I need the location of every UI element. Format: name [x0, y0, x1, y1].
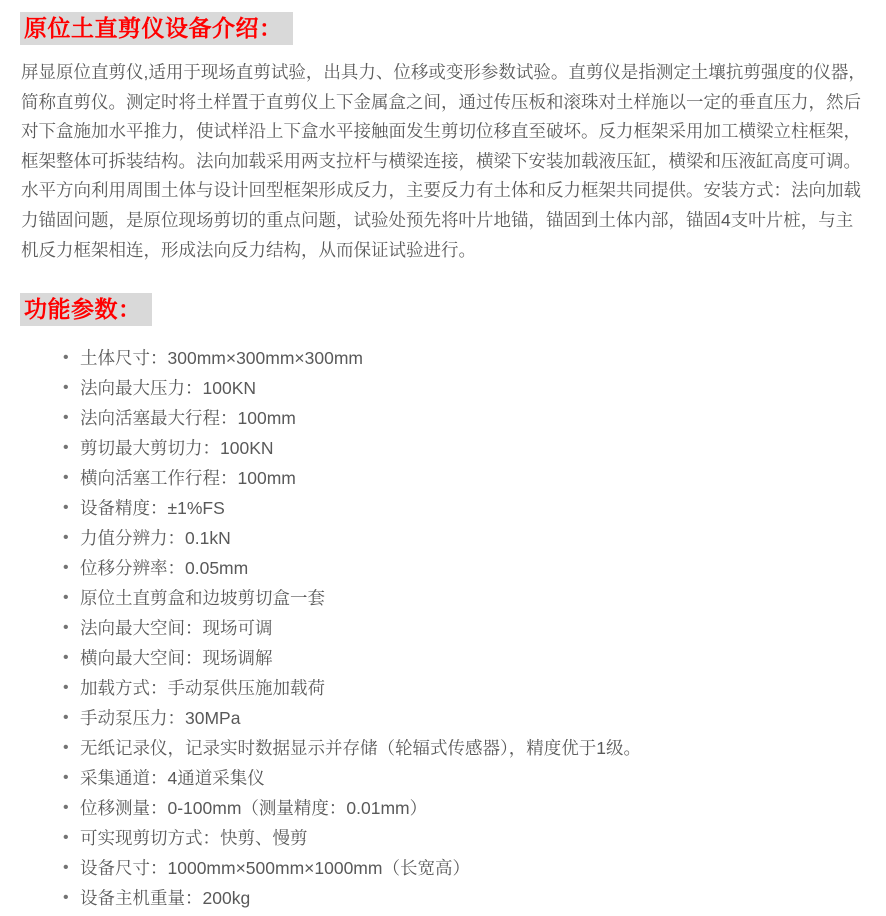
intro-heading-text: 原位土直剪仪设备介绍： — [20, 12, 293, 45]
product-spec-document: 原位土直剪仪设备介绍： 屏显原位直剪仪,适用于现场直剪试验，出具力、位移或变形参… — [0, 0, 886, 913]
param-item: 法向活塞最大行程：100mm — [80, 403, 866, 433]
param-item: 加载方式：手动泵供压施加载荷 — [80, 673, 866, 703]
param-item: 可实现剪切方式：快剪、慢剪 — [80, 823, 866, 853]
param-item: 土体尺寸：300mm×300mm×300mm — [80, 343, 866, 373]
param-item: 原位土直剪盒和边坡剪切盒一套 — [80, 583, 866, 613]
param-item: 位移分辨率：0.05mm — [80, 553, 866, 583]
params-heading-text: 功能参数： — [20, 293, 152, 326]
param-item: 法向最大空间：现场可调 — [80, 613, 866, 643]
param-item: 法向最大压力：100KN — [80, 373, 866, 403]
intro-section-heading: 原位土直剪仪设备介绍： — [20, 12, 866, 45]
param-item: 横向最大空间：现场调解 — [80, 643, 866, 673]
param-item: 设备精度：±1%FS — [80, 493, 866, 523]
param-item: 位移测量：0-100mm（测量精度：0.01mm） — [80, 793, 866, 823]
params-list: 土体尺寸：300mm×300mm×300mm 法向最大压力：100KN 法向活塞… — [20, 343, 866, 913]
param-item: 无纸记录仪，记录实时数据显示并存储（轮辐式传感器），精度优于1级。 — [80, 733, 866, 763]
params-section-heading: 功能参数： — [20, 293, 866, 326]
param-item: 采集通道：4通道采集仪 — [80, 763, 866, 793]
param-item: 横向活塞工作行程：100mm — [80, 463, 866, 493]
param-item: 手动泵压力：30MPa — [80, 703, 866, 733]
param-item: 设备主机重量：200kg — [80, 883, 866, 913]
param-item: 设备尺寸：1000mm×500mm×1000mm（长宽高） — [80, 853, 866, 883]
param-item: 力值分辨力：0.1kN — [80, 523, 866, 553]
intro-paragraph: 屏显原位直剪仪,适用于现场直剪试验，出具力、位移或变形参数试验。直剪仪是指测定土… — [21, 58, 866, 265]
param-item: 剪切最大剪切力：100KN — [80, 433, 866, 463]
